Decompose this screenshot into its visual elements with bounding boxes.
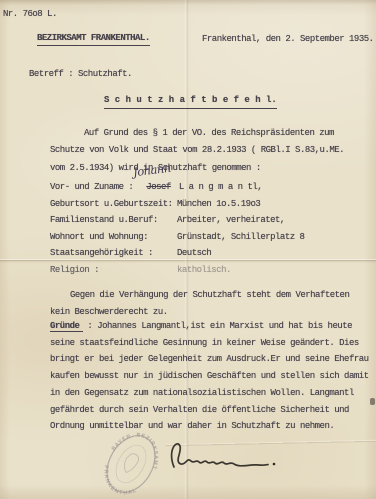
reasons-label: Gründe (50, 321, 83, 332)
paragraph-line: seine staatsfeindliche Gesinnung in kein… (50, 335, 369, 352)
field-value: Grünstadt, Schillerplatz 8 (177, 232, 304, 242)
field-row-name: Vor- und Zuname :JosefL a n g m a n tl, (50, 179, 304, 196)
paragraph-line: Gegen die Verhängung der Schutzhaft steh… (50, 287, 349, 304)
svg-text:FRANKENTHAL: FRANKENTHAL (94, 463, 143, 499)
paragraph-line: in den Gegensatz zum nationalsozialistis… (50, 385, 369, 402)
paragraph-line: kaufen bewusst nur in jüdischen Geschäft… (50, 368, 369, 385)
dateline: Frankenthal, den 2. September 1935. (202, 33, 374, 45)
svg-text:BAYER. BEZIRKSAMT: BAYER. BEZIRKSAMT (111, 426, 170, 474)
reasons-text: : Johannes Langmantl,ist ein Marxist und… (87, 321, 352, 331)
document-page: Nr. 76o8 L. BEZIRKSAMT FRANKENTHAL. Fran… (0, 0, 376, 499)
field-value: Deutsch (177, 248, 211, 258)
paragraph-line: Schutze von Volk und Staat vom 28.2.1933… (50, 142, 344, 159)
legal-basis-paragraph: Auf Grund des § 1 der VO. des Reichspräs… (50, 125, 344, 177)
signature-period (273, 463, 276, 466)
paper-edge-mark (370, 398, 375, 405)
seal-text-bottom: FRANKENTHAL (94, 463, 143, 499)
issuing-office: BEZIRKSAMT FRANKENTHAL. (37, 32, 150, 46)
field-label: Geburtsort u.Geburtszeit: (50, 196, 177, 213)
document-title: S c h u t z h a f t b e f e h l. (104, 94, 277, 109)
field-label: Wohnort und Wohnung: (50, 229, 177, 246)
signature (164, 436, 282, 478)
paragraph-line: Auf Grund des § 1 der VO. des Reichspräs… (50, 125, 344, 142)
paragraph-line: gefährdet durch sein Verhalten die öffen… (50, 402, 369, 419)
official-seal-stamp: BAYER. BEZIRKSAMT FRANKENTHAL (94, 426, 170, 499)
paragraph-line: Gründe: Johannes Langmantl,ist ein Marxi… (50, 318, 369, 335)
surname-spaced: L a n g m a n tl, (179, 182, 262, 192)
field-row-status: Familienstand u.Beruf:Arbeiter, verheira… (50, 212, 304, 229)
field-label: Religion : (50, 262, 177, 279)
seal-emblem (120, 451, 140, 474)
field-value: München 1o.5.19o3 (177, 199, 260, 209)
seal-text-top: BAYER. BEZIRKSAMT (111, 426, 170, 474)
field-value: Arbeiter, verheiratet, (177, 215, 285, 225)
field-label: Familienstand u.Beruf: (50, 212, 177, 229)
field-label: Staatsangehörigkeit : (50, 245, 177, 262)
struck-first-name: Josef (146, 182, 171, 192)
reasons-paragraph: Gründe: Johannes Langmantl,ist ein Marxi… (50, 318, 369, 435)
detainee-details: Vor- und Zuname :JosefL a n g m a n tl, … (50, 179, 304, 278)
reference-number: Nr. 76o8 L. (3, 8, 57, 20)
field-value: katholisch. (177, 265, 231, 275)
field-row-religion: Religion :katholisch. (50, 262, 304, 279)
field-label: Vor- und Zuname : (50, 182, 133, 192)
paragraph-line: bringt er bei jeder Gelegenheit zum Ausd… (50, 351, 369, 368)
no-appeal-paragraph: Gegen die Verhängung der Schutzhaft steh… (50, 287, 349, 320)
paragraph-line: vom 2.5.1934) wird in Schutzhaft genomme… (50, 160, 344, 177)
field-row-residence: Wohnort und Wohnung:Grünstadt, Schillerp… (50, 229, 304, 246)
subject-line: Betreff : Schutzhaft. (29, 68, 132, 80)
field-row-nationality: Staatsangehörigkeit :Deutsch (50, 245, 304, 262)
field-row-birth: Geburtsort u.Geburtszeit:München 1o.5.19… (50, 196, 304, 213)
